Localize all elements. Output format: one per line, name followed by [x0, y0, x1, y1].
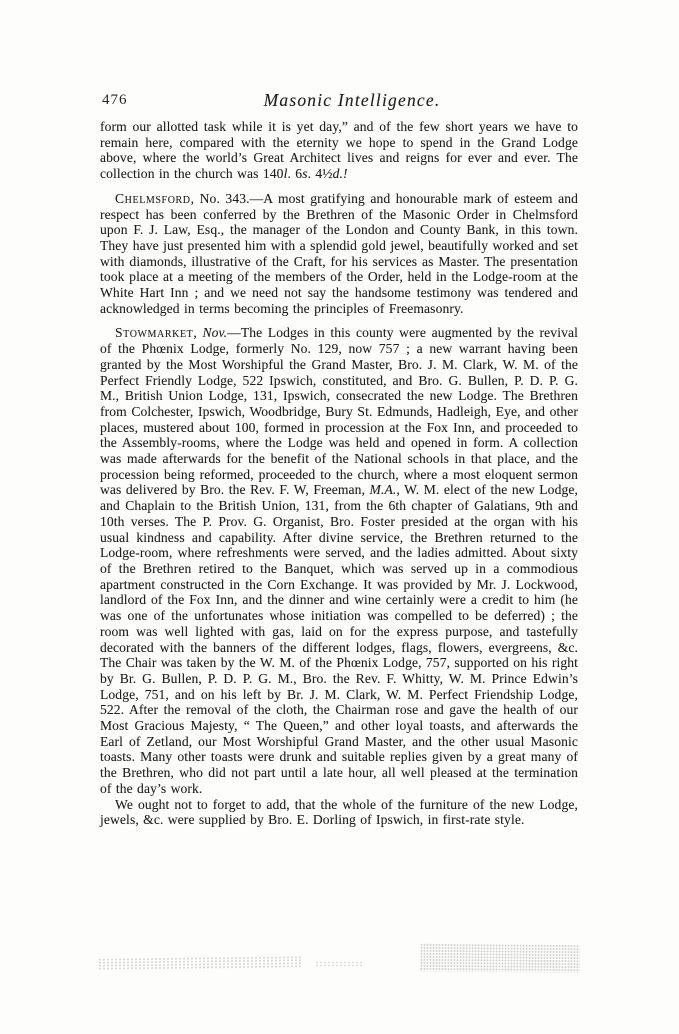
text-segment: .!	[340, 166, 348, 181]
text-segment: —The Lodges in this county were augmente…	[100, 325, 578, 497]
paragraph-furniture-note: We ought not to forget to add, that the …	[100, 797, 578, 828]
text-segment: . 4½	[308, 166, 333, 181]
article-body: form our allotted task while it is yet d…	[100, 119, 578, 828]
text-segment: d	[333, 166, 340, 181]
paragraph-chelmsford: Chelmsford, No. 343.—A most gratifying a…	[100, 191, 578, 317]
page-number: 476	[102, 92, 128, 109]
text-segment: We ought not to forget to add, that the …	[100, 797, 578, 828]
text-segment: , W. M. elect of the new Lodge, and Chap…	[100, 482, 578, 795]
paragraph-stowmarket: Stowmarket, Nov.—The Lodges in this coun…	[100, 325, 578, 796]
text-segment: , No. 343.—A most gratifying and honoura…	[100, 191, 578, 316]
scan-artifact	[98, 956, 303, 971]
place-name: Stowmarket	[115, 325, 193, 340]
scanned-book-page: 476 Masonic Intelligence. form our allot…	[0, 0, 679, 1034]
paragraph-collection-conclusion: form our allotted task while it is yet d…	[100, 119, 578, 182]
text-segment: M.A.	[370, 482, 397, 497]
place-name: Chelmsford	[115, 191, 191, 206]
scan-artifact	[315, 961, 363, 967]
running-title: Masonic Intelligence.	[100, 90, 578, 111]
scan-artifact	[420, 943, 580, 972]
text-segment: Nov.	[202, 325, 227, 340]
page-header: 476 Masonic Intelligence.	[100, 90, 578, 112]
text-segment: . 6	[287, 166, 302, 181]
